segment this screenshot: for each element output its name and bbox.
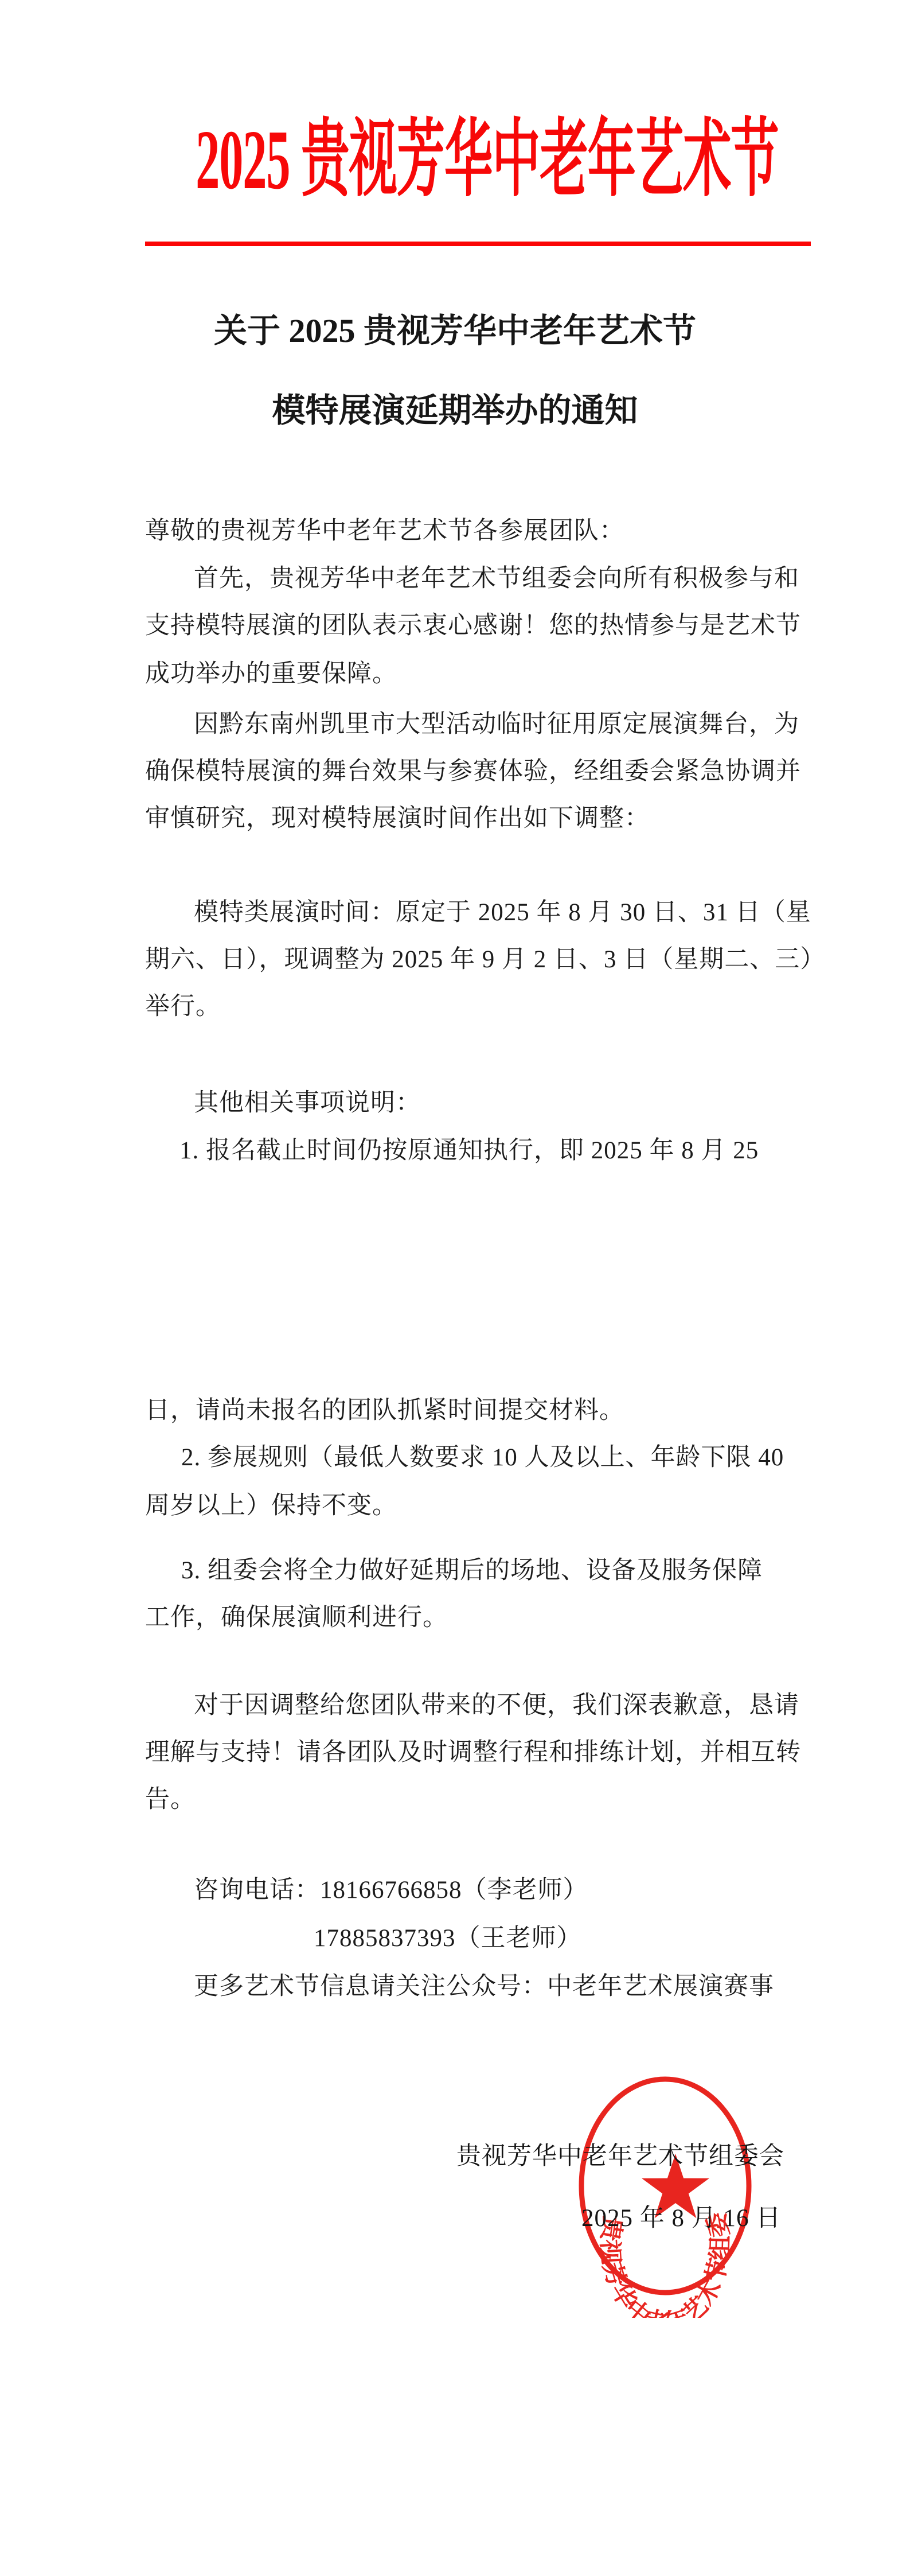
official-seal: 贵视芳华中老年艺术节组委会 — [562, 2060, 780, 2318]
body-line: 对于因调整给您团队带来的不便，我们深表歉意，恳请 — [194, 1692, 799, 1719]
body-line: 支持模特展演的团队表示衷心感谢！您的热情参与是艺术节 — [145, 613, 801, 639]
body-line: 期六、日），现调整为 2025 年 9 月 2 日、3 日（星期二、三） — [145, 947, 825, 973]
body-line: 首先，贵视芳华中老年艺术节组委会向所有积极参与和 — [194, 566, 799, 592]
body-line: 其他相关事项说明： — [194, 1090, 421, 1116]
body-line: 日，请尚未报名的团队抓紧时间提交材料。 — [145, 1398, 624, 1424]
body-line: 尊敬的贵视芳华中老年艺术节各参展团队： — [145, 518, 624, 544]
contact-phone-line: 咨询电话：18166766858（李老师） — [194, 1877, 588, 1904]
body-line: 模特类展演时间：原定于 2025 年 8 月 30 日、31 日（星 — [194, 900, 811, 926]
banner-title: 2025 贵视芳华中老年艺术节 — [196, 114, 714, 207]
signature-date: 2025 年 8 月 16 日 — [581, 2205, 781, 2232]
notice-heading-line1: 关于 2025 贵视芳华中老年艺术节 — [0, 314, 910, 348]
body-line: 周岁以上）保持不变。 — [145, 1493, 397, 1519]
body-line numbered-item-1: 1. 报名截止时间仍按原通知执行，即 2025 年 8 月 25 — [179, 1138, 759, 1164]
body-line: 因黔东南州凯里市大型活动临时征用原定展演舞台，为 — [194, 711, 799, 738]
body-line: 确保模特展演的舞台效果与参赛体验，经组委会紧急协调并 — [145, 758, 801, 785]
notice-heading-line2: 模特展演延期举办的通知 — [0, 394, 910, 428]
title-underline — [145, 242, 811, 246]
contact-phone-line: 17885837393（王老师） — [314, 1925, 582, 1952]
body-line numbered-item-3: 3. 组委会将全力做好延期后的场地、设备及服务保障 — [181, 1558, 763, 1584]
body-line: 举行。 — [145, 994, 221, 1020]
document-page: 2025 贵视芳华中老年艺术节 关于 2025 贵视芳华中老年艺术节 模特展演延… — [0, 0, 910, 2576]
body-line: 理解与支持！请各团队及时调整行程和排练计划，并相互转 — [145, 1740, 801, 1766]
body-line: 告。 — [145, 1787, 196, 1813]
body-line: 成功举办的重要保障。 — [145, 661, 397, 687]
signature-org: 贵视芳华中老年艺术节组委会 — [456, 2143, 784, 2170]
body-line: 工作，确保展演顺利进行。 — [145, 1605, 448, 1631]
body-line numbered-item-2: 2. 参展规则（最低人数要求 10 人及以上、年龄下限 40 — [181, 1445, 784, 1471]
public-account-line: 更多艺术节信息请关注公众号：中老年艺术展演赛事 — [194, 1974, 774, 2000]
seal-curved-text: 贵视芳华中老年艺术节组委会 — [562, 2060, 735, 2318]
body-line: 审慎研究，现对模特展演时间作出如下调整： — [145, 806, 650, 832]
